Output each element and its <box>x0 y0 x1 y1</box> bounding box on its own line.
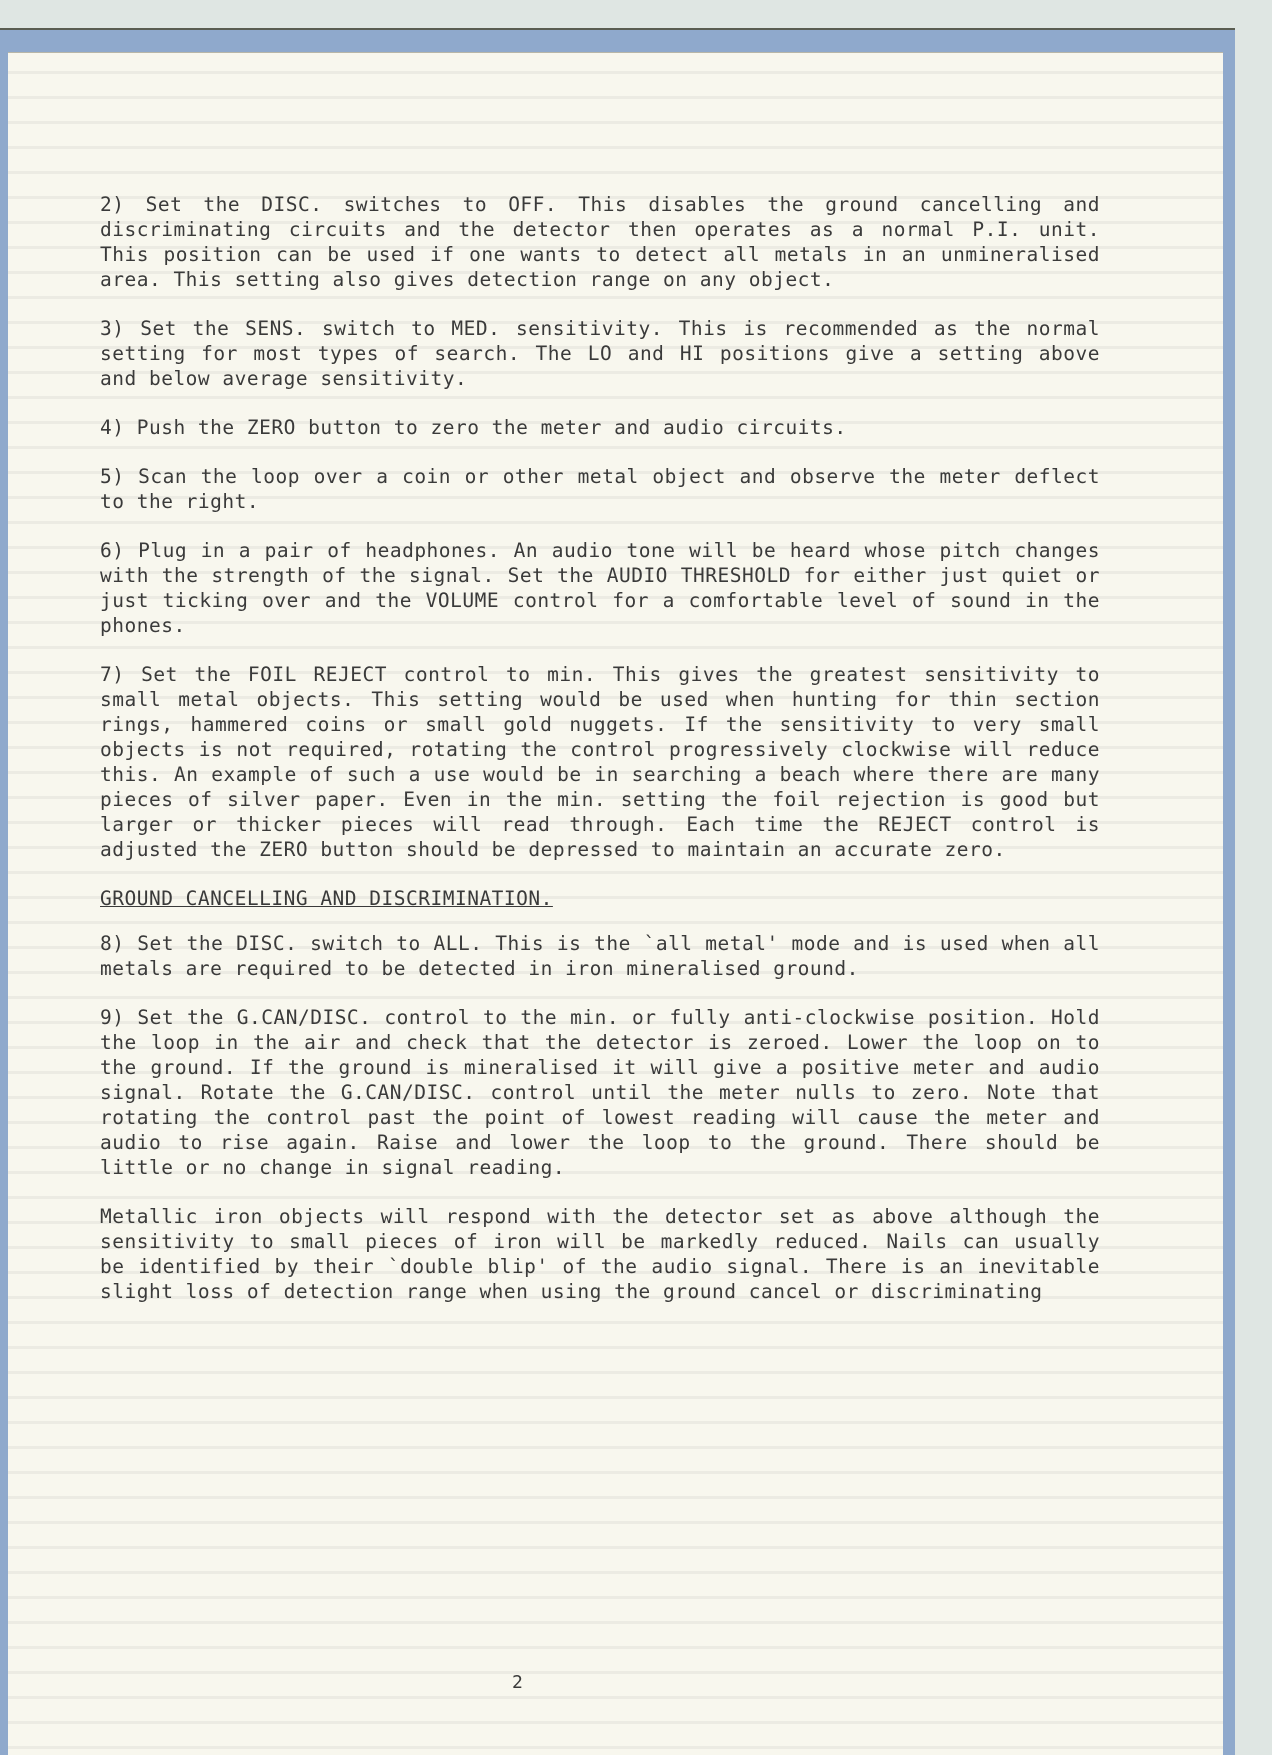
step-7: 7) Set the FOIL REJECT control to min. T… <box>100 662 1100 862</box>
page-number: 2 <box>512 1672 523 1693</box>
step-2: 2) Set the DISC. switches to OFF. This d… <box>100 192 1100 292</box>
page-body: 2) Set the DISC. switches to OFF. This d… <box>100 192 1100 1328</box>
step-6: 6) Plug in a pair of headphones. An audi… <box>100 538 1100 638</box>
step-9: 9) Set the G.CAN/DISC. control to the mi… <box>100 1005 1100 1180</box>
step-8: 8) Set the DISC. switch to ALL. This is … <box>100 931 1100 981</box>
step-5: 5) Scan the loop over a coin or other me… <box>100 464 1100 514</box>
step-3: 3) Set the SENS. switch to MED. sensitiv… <box>100 316 1100 391</box>
step-4: 4) Push the ZERO button to zero the mete… <box>100 415 1100 440</box>
iron-objects-note: Metallic iron objects will respond with … <box>100 1204 1100 1304</box>
section-heading: GROUND CANCELLING AND DISCRIMINATION. <box>100 886 1100 911</box>
